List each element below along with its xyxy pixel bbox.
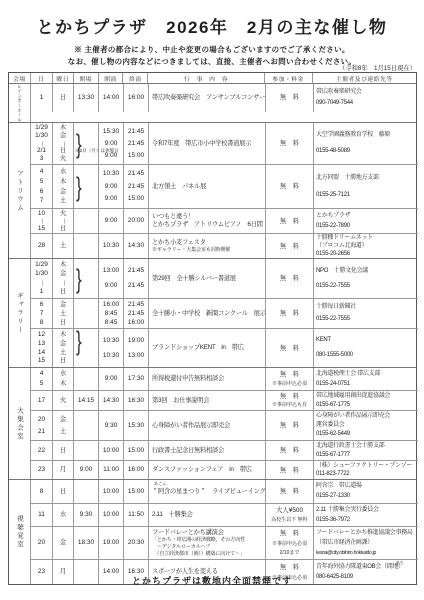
end-time-value: 21:45: [128, 268, 144, 275]
fee-cell: 無 料: [266, 480, 314, 503]
organizer-line: 大空学園義務教育学校 藤原: [316, 132, 390, 139]
weekday-value: 日: [60, 489, 67, 496]
end-time-value: 20:00: [128, 218, 144, 225]
doors-open-cell: [74, 411, 99, 440]
end-time-value: 15:00: [128, 196, 144, 203]
organizer-line: keizai@city.obihiro.hokkaido.jp: [316, 550, 376, 556]
weekday-cell: 木金土日: [53, 329, 74, 367]
weekday-cell: 金土日: [53, 299, 74, 328]
day-value: 2/1: [37, 148, 46, 155]
start-time-value: 14:30: [103, 398, 119, 405]
event-title-line: とかちプラザ アトリウムピアノ 6日間: [152, 221, 263, 230]
start-time-cell: 10:00: [99, 480, 124, 503]
organizer-cell: 心身障がい者作品展示即売会運営委員会0155-62-5449: [314, 411, 418, 440]
organizer-cell: NPO 十勝文化会議0155-22-7555: [314, 259, 418, 298]
organizer-line: 0155-22-7890: [316, 223, 350, 230]
weekday-value: 金: [60, 341, 67, 348]
venue-label: ギャラリー: [9, 259, 31, 367]
doors-open-value: 18:30: [78, 540, 94, 547]
start-time-value: 10:30: [103, 243, 119, 250]
end-time-value: 21:45: [128, 283, 144, 290]
day-value: ～: [38, 280, 44, 286]
event-cell: 北方領土 パネル展: [149, 165, 266, 208]
end-time-value: 16:00: [128, 320, 144, 327]
fee-cell: 無 料: [266, 299, 314, 328]
fee-value: 無 料: [280, 422, 299, 430]
organizer-line: とかちプラザ: [316, 213, 350, 220]
doors-open-cell: 9:30: [74, 504, 99, 526]
disclaimer-note-1: ※ 主催者の都合により、中止や変更の場合もございますのでご了承ください。: [0, 44, 424, 55]
end-time-value: 15:00: [128, 489, 144, 496]
weekday-cell: 火: [53, 391, 74, 410]
event-title-line: 令和7年度 帯広市小中学校書道展示: [152, 140, 251, 149]
organizer-line: 北海道行政書士会十勝支部: [316, 443, 384, 450]
start-time-value: 19:00: [103, 540, 119, 547]
fee-value: 大人¥500: [276, 507, 303, 515]
end-time-value: 21:45: [128, 129, 144, 136]
fee-value: 無 料: [280, 275, 299, 283]
section-rows: 8日10:0015:00＂阿含の星まつり＂ ライブビューイングあごん無 料阿含宗…: [31, 480, 418, 584]
doors-open-value: 14:15: [78, 398, 94, 405]
end-time-cell: 20:30: [124, 527, 149, 559]
day-value: 1: [40, 95, 44, 102]
day-value: 1/30: [35, 133, 48, 140]
organizer-line: 0155-62-5449: [316, 431, 350, 438]
column-header: 参加・料金: [265, 73, 313, 83]
table-header-row: 会場日曜日開場開演終演行 事 内 容参加・料金主催者及び連絡先等: [9, 73, 416, 84]
day-cell: 20: [31, 527, 53, 559]
venue-section: 視聴覚室8日10:0015:00＂阿含の星まつり＂ ライブビューイングあごん無 …: [9, 480, 416, 584]
day-value: 20: [38, 417, 45, 424]
section-rows: 1/291/30～1木金～日13:009:0021:4521:45}第29回 全…: [31, 259, 418, 367]
closed-day-note: ※2日（月）は休館日: [75, 148, 119, 154]
fee-value: ※事前申込も有: [272, 402, 307, 408]
event-row: 11水9:3010:0011:502.11 十勝集会大人¥500高校生以下 無料…: [31, 504, 418, 527]
event-cell: 所得税還付申告無料相談会: [149, 368, 266, 390]
doors-open-cell: 13:30: [74, 84, 99, 112]
event-title-line: 北方領土 パネル展: [152, 183, 206, 192]
event-row: 28土10:3014:30とかち小麦フェスタ※ギャラリー・大集会室も同時開催無 …: [31, 234, 418, 258]
start-time-value: 15:30: [103, 129, 119, 136]
section-rows: 45水木9:0017:30所得税還付申告無料相談会無 料※事前申込必須北海道税理…: [31, 368, 418, 479]
end-time-cell: 21:4521:4516:00: [124, 299, 149, 328]
fee-cell: 無 料: [266, 461, 314, 479]
event-title-line: 心身障がい者作品展示即売会: [152, 422, 230, 431]
organizer-line: 0155-67-1775: [316, 402, 350, 409]
no-smoking-notice: とかちプラザは敷地内全面禁煙です: [0, 574, 424, 587]
day-value: 1/29: [35, 262, 48, 269]
organizer-cell: 十勝種ドリームネット（プロコム北海道）0155-20-2656: [314, 234, 418, 258]
weekday-cell: 月: [53, 461, 74, 479]
end-time-cell: 19:0013:00: [124, 329, 149, 367]
day-value: 12: [38, 332, 45, 339]
fee-value: 無 料: [280, 564, 299, 572]
venue-section: 大集会室45水木9:0017:30所得税還付申告無料相談会無 料※事前申込必須北…: [9, 368, 416, 480]
day-cell: 8: [31, 480, 53, 503]
end-time-value: 15:00: [128, 153, 144, 160]
day-value: 17: [38, 398, 45, 405]
end-time-cell: 16:30: [124, 391, 149, 410]
fee-cell: 無 料※事前申込も有: [266, 391, 314, 410]
start-time-cell: 16:008:458:45: [99, 299, 124, 328]
organizer-line: フードバレーとかち推進協議会事務局: [316, 530, 413, 537]
weekday-cell: 日: [53, 441, 74, 460]
fee-cell: 無 料: [266, 259, 314, 298]
organizer-cell: KENT080-1555-5000: [314, 329, 418, 367]
event-cell: 心身障がい者作品展示即売会: [149, 411, 266, 440]
day-cell: 10～15: [31, 209, 53, 233]
start-time-value: 9:00: [105, 376, 118, 383]
fee-cell: 無 料: [266, 441, 314, 460]
furigana-label: まち: [396, 561, 404, 565]
organizer-cell: 阿含宗 帯広道場0155-27-1330: [314, 480, 418, 503]
furigana-label: あごん: [154, 482, 167, 486]
weekday-value: 木: [60, 179, 67, 186]
day-value: ～: [38, 218, 44, 224]
day-value: 22: [38, 448, 45, 455]
end-time-value: 21:45: [128, 184, 144, 191]
day-value: 13: [38, 341, 45, 348]
weekday-value: 日: [60, 448, 67, 455]
event-cell: とかち小麦フェスタ※ギャラリー・大集会室も同時開催: [149, 234, 266, 258]
day-value: 28: [38, 243, 45, 250]
end-time-cell: 17:30: [124, 368, 149, 390]
venue-label: 視聴覚室: [9, 480, 31, 584]
doors-open-cell: [74, 234, 99, 258]
day-cell: 28: [31, 234, 53, 258]
event-row: 22日10:0015:00行政書士記念日無料相談会無 料北海道行政書士会十勝支部…: [31, 441, 418, 461]
day-cell: 12131415: [31, 329, 53, 367]
event-title-line: ＂阿含の星まつり＂ ライブビューイング: [152, 488, 265, 497]
fee-cell: 無 料※事前申込必須2/10まで: [266, 527, 314, 559]
event-row: 4567水木金土10:309:009:0021:4521:4515:00}北方領…: [31, 165, 418, 209]
fee-value: 無 料: [280, 447, 299, 455]
organizer-line: 011-823-7722: [316, 471, 349, 478]
organizer-line: NPO 十勝文化会議: [316, 268, 368, 275]
fee-cell: 無 料: [266, 329, 314, 367]
venue-label: アトリウム: [9, 123, 31, 258]
weekday-value: 月: [60, 467, 67, 474]
start-time-cell: 10:30: [99, 234, 124, 258]
event-row: 20金18:3019:0020:30フードバレーとかち講演会「とかち・帯広圏の経…: [31, 527, 418, 560]
event-title-line: ※ギャラリー・大集会室も同時開催: [152, 247, 230, 254]
weekday-value: 金: [60, 189, 67, 196]
end-time-cell: 16:00: [124, 461, 149, 479]
fee-value: 2/10まで: [280, 550, 300, 556]
day-value: 7: [40, 311, 44, 318]
end-time-cell: 14:30: [124, 234, 149, 258]
fee-cell: 無 料: [266, 84, 314, 112]
end-time-value: 13:00: [128, 353, 144, 360]
organizer-line: 十勝種ドリームネット: [316, 235, 373, 242]
fee-value: 無 料: [280, 488, 299, 496]
organizer-line: 090-7049-7544: [316, 100, 353, 107]
day-value: 21: [38, 429, 45, 436]
day-value: 11: [38, 512, 45, 519]
day-value: 15: [38, 358, 45, 365]
event-row: 12131415木金土日10:3010:3019:0013:00}ブランドショッ…: [31, 329, 418, 367]
fee-cell: 無 料: [266, 123, 314, 164]
fee-value: 無 料: [280, 310, 299, 318]
organizer-line: 0155-20-2656: [316, 251, 350, 258]
fee-value: 無 料: [280, 345, 299, 353]
event-cell: フードバレーとかち講演会「とかち・帯広圏の経済戦略，その方向性 ～デジタルローカ…: [149, 527, 266, 559]
column-header: 終演: [123, 73, 148, 83]
end-time-cell: 11:50: [124, 504, 149, 526]
doors-open-cell: [74, 368, 99, 390]
start-time-value: 10:30: [103, 171, 119, 178]
start-time-value: 9:00: [105, 141, 118, 148]
venue-section: アトリウム1/291/30～2/13木金～日火15:309:009:0021:4…: [9, 123, 416, 259]
weekday-value: 火: [60, 398, 67, 405]
end-time-cell: 15:00: [124, 480, 149, 503]
end-time-value: 21:45: [128, 311, 144, 318]
day-value: 1: [40, 289, 44, 296]
section-rows: 1日13:3014:0016:00帯広吹奏楽研究会 アンサンブルコンサート無 料…: [31, 84, 418, 122]
day-cell: 1: [31, 84, 53, 112]
organizer-cell: 大空学園義務教育学校 藤原0155-48-5089: [314, 123, 418, 164]
weekday-cell: 金土: [53, 411, 74, 440]
column-header: 曜日: [53, 73, 74, 83]
organizer-line: 十勝毎日新聞社: [316, 304, 356, 311]
end-time-value: 16:00: [128, 95, 144, 102]
event-row: 17火14:1514:3016:30第3回 お仕事説明会無 料※事前申込も有帯広…: [31, 391, 418, 411]
start-time-cell: 10:00: [99, 441, 124, 460]
end-time-value: 21:45: [128, 171, 144, 178]
fee-cell: 無 料: [266, 165, 314, 208]
start-time-cell: 14:00: [99, 84, 124, 112]
event-cell: 第29回 全十勝シルバー書道展: [149, 259, 266, 298]
date-range-bracket-icon: }: [76, 265, 82, 292]
column-header: 開場: [74, 73, 99, 83]
start-time-value: 9:00: [105, 196, 118, 203]
start-time-value: 10:30: [103, 353, 119, 360]
end-time-cell: 15:30: [124, 411, 149, 440]
event-row: 10～15火～日9:0020:00いつもと違う！とかちプラザ アトリウムピアノ …: [31, 209, 418, 234]
end-time-value: 14:30: [128, 243, 144, 250]
day-cell: 4567: [31, 165, 53, 208]
organizer-cell: 十勝毎日新聞社0155-22-7555: [314, 299, 418, 328]
weekday-value: 火: [60, 211, 67, 218]
fee-cell: 無 料: [266, 411, 314, 440]
event-cell: ブランドショップKENT in 帯広: [149, 329, 266, 367]
fee-cell: 大人¥500高校生以下 無料: [266, 504, 314, 526]
organizer-line: 0155-36-7972: [316, 517, 350, 524]
start-time-value: 14:00: [103, 95, 119, 102]
weekday-cell: 土: [53, 234, 74, 258]
end-time-cell: 21:4521:4515:00: [124, 123, 149, 164]
organizer-cell: 帯広吹奏楽研究会090-7049-7544: [314, 84, 418, 112]
organizer-cell: フードバレーとかち推進協議会事務局（帯広市経済企画課）keizai@city.o…: [314, 527, 418, 559]
day-value: 8: [40, 320, 44, 327]
organizer-line: 0155-22-7555: [316, 316, 350, 323]
event-row: 1/291/30～1木金～日13:009:0021:4521:45}第29回 全…: [31, 259, 418, 299]
as-of-date: （令和8年 1月15日現在）: [339, 63, 416, 72]
fee-cell: 無 料: [266, 234, 314, 258]
weekday-cell: 水: [53, 504, 74, 526]
weekday-value: 日: [60, 358, 67, 365]
fee-value: 無 料: [280, 371, 299, 379]
organizer-line: KENT: [316, 337, 331, 344]
start-time-value: 16:00: [103, 302, 119, 309]
weekday-value: 日: [60, 226, 67, 233]
end-time-cell: 21:4521:45: [124, 259, 149, 298]
event-row: 678金土日16:008:458:4521:4521:4516:00全十勝小・中…: [31, 299, 418, 329]
end-time-value: 15:30: [128, 423, 144, 430]
event-title-line: 第3回 お仕事説明会: [152, 397, 209, 406]
start-time-cell: 9:30: [99, 411, 124, 440]
organizer-line: 080-1555-5000: [316, 352, 353, 359]
event-row: 45水木9:0017:30所得税還付申告無料相談会無 料※事前申込必須北海道税理…: [31, 368, 418, 391]
day-cell: 678: [31, 299, 53, 328]
event-title-line: ブランドショップKENT in 帯広: [152, 344, 244, 353]
organizer-line: 北方同盟 十勝地方支部: [316, 175, 379, 182]
venue-label: 大集会室: [9, 368, 31, 479]
event-row: 8日10:0015:00＂阿含の星まつり＂ ライブビューイングあごん無 料阿含宗…: [31, 480, 418, 504]
start-time-value: 9:00: [105, 283, 118, 290]
end-time-value: 16:00: [128, 467, 144, 474]
end-time-cell: 20:00: [124, 209, 149, 233]
weekday-value: 水: [60, 371, 67, 378]
doors-open-cell: [74, 209, 99, 233]
day-cell: 22: [31, 441, 53, 460]
end-time-value: 16:30: [128, 398, 144, 405]
weekday-value: 金: [60, 540, 67, 547]
day-value: 15: [38, 226, 45, 233]
start-time-value: 10:00: [103, 489, 119, 496]
weekday-value: 金: [60, 417, 67, 424]
day-cell: 2021: [31, 411, 53, 440]
weekday-value: 木: [60, 332, 67, 339]
start-time-cell: 15:309:009:00: [99, 123, 124, 164]
organizer-line: 青年海外協力隊道東OB会（間地）: [316, 564, 404, 571]
weekday-value: 土: [60, 311, 67, 318]
section-rows: 1/291/30～2/13木金～日火15:309:009:0021:4521:4…: [31, 123, 418, 258]
weekday-value: 土: [60, 243, 67, 250]
organizer-line: 0155-27-1330: [316, 493, 350, 500]
start-time-value: 9:00: [105, 218, 118, 225]
events-table: 会場日曜日開場開演終演行 事 内 容参加・料金主催者及び連絡先等レインボーホール…: [8, 72, 417, 585]
event-title-line: ダンスファッションフェア in 帯広: [152, 466, 252, 475]
day-value: 5: [40, 381, 44, 388]
end-time-value: 15:00: [128, 448, 144, 455]
start-time-cell: 9:00: [99, 209, 124, 233]
weekday-cell: 金: [53, 527, 74, 559]
day-value: 4: [40, 371, 44, 378]
weekday-value: 金: [60, 133, 67, 140]
start-time-cell: 10:309:009:00: [99, 165, 124, 208]
weekday-value: ～: [60, 218, 66, 224]
weekday-cell: 木金～日火: [53, 123, 74, 164]
weekday-value: 木: [60, 125, 67, 132]
organizer-line: 帯広吹奏楽研究会: [316, 89, 362, 96]
date-range-bracket-icon: }: [76, 327, 82, 354]
organizer-line: 北海道税理士会 帯広支部: [316, 371, 380, 378]
doors-open-cell: 18:30: [74, 527, 99, 559]
end-time-value: 17:30: [128, 376, 144, 383]
start-time-value: 11:00: [103, 467, 119, 474]
event-cell: 2.11 十勝集会: [149, 504, 266, 526]
event-cell: 行政書士記念日無料相談会: [149, 441, 266, 460]
weekday-cell: 日: [53, 480, 74, 503]
weekday-value: 日: [60, 95, 67, 102]
organizer-line: 0155-25-7121: [316, 192, 350, 199]
start-time-cell: 9:00: [99, 368, 124, 390]
weekday-cell: 水木: [53, 368, 74, 390]
day-value: 1/29: [35, 125, 48, 132]
fee-value: 無 料: [280, 183, 299, 191]
end-time-value: 19:00: [128, 338, 144, 345]
organizer-cell: 北海道税理士会 帯広支部0155-24-0751: [314, 368, 418, 390]
start-time-value: 10:30: [103, 338, 119, 345]
organizer-line: 運営委員会: [316, 422, 345, 429]
event-cell: 令和7年度 帯広市小中学校書道展示: [149, 123, 266, 164]
weekday-value: 土: [60, 198, 67, 205]
doors-open-value: 9:00: [80, 467, 93, 474]
organizer-line: 0155-22-7555: [316, 283, 350, 290]
event-title-line: 2.11 十勝集会: [152, 511, 193, 520]
column-header: 主催者及び連絡先等: [313, 73, 416, 83]
weekday-value: 日: [60, 320, 67, 327]
end-time-cell: 16:00: [124, 84, 149, 112]
event-schedule-sheet: とかちプラザ 2026年 2月の主な催し物 ※ 主催者の都合により、中止や変更の…: [0, 0, 424, 600]
end-time-cell: 15:00: [124, 441, 149, 460]
fee-value: 高校生以下 無料: [271, 517, 307, 523]
start-time-value: 9:30: [105, 423, 118, 430]
venue-label: レインボーホール: [9, 84, 31, 122]
start-time-cell: 11:00: [99, 461, 124, 479]
end-time-value: 20:30: [128, 540, 144, 547]
venue-section: レインボーホール1日13:3014:0016:00帯広吹奏楽研究会 アンサンブル…: [9, 84, 416, 123]
column-header: 日: [31, 73, 53, 83]
day-value: 1/30: [35, 271, 48, 278]
weekday-value: ～: [60, 280, 66, 286]
event-row: 1日13:3014:0016:00帯広吹奏楽研究会 アンサンブルコンサート無 料…: [31, 84, 418, 112]
column-header: 行 事 内 容: [148, 73, 264, 83]
organizer-cell: とかちプラザ0155-22-7890: [314, 209, 418, 233]
fee-value: 無 料: [280, 467, 299, 475]
date-range-bracket-icon: }: [76, 173, 82, 200]
event-cell: ＂阿含の星まつり＂ ライブビューイングあごん: [149, 480, 266, 503]
weekday-value: 火: [60, 156, 67, 163]
fee-value: 無 料: [280, 94, 299, 102]
event-cell: 帯広吹奏楽研究会 アンサンブルコンサート: [149, 84, 266, 112]
event-row: 23月9:0011:0016:00ダンスファッションフェア in 帯広無 料（株…: [31, 461, 418, 479]
weekday-value: 土: [60, 350, 67, 357]
organizer-line: 0155-48-5089: [316, 148, 350, 155]
weekday-cell: 日: [53, 84, 74, 112]
weekday-cell: 水木金土: [53, 165, 74, 208]
weekday-value: 金: [60, 271, 67, 278]
organizer-line: 帯広地域雇用創出促進協議会: [316, 393, 390, 400]
organizer-line: 心身障がい者作品展示即売会: [316, 413, 390, 420]
day-cell: 23: [31, 461, 53, 479]
day-cell: 45: [31, 368, 53, 390]
weekday-value: 木: [60, 262, 67, 269]
organizer-cell: 北方同盟 十勝地方支部0155-25-7121: [314, 165, 418, 208]
fee-cell: 無 料※事前申込必須: [266, 368, 314, 390]
start-time-cell: 10:00: [99, 504, 124, 526]
day-cell: 17: [31, 391, 53, 410]
start-time-value: 10:00: [103, 512, 119, 519]
column-header: 会場: [9, 73, 31, 83]
event-row: 2021金土9:3015:30心身障がい者作品展示即売会無 料心身障がい者作品展…: [31, 411, 418, 441]
day-cell: 1/291/30～2/13: [31, 123, 53, 164]
fee-value: ※事前申込必須: [272, 381, 307, 387]
fee-value: 無 料: [280, 218, 299, 226]
weekday-value: 土: [60, 429, 67, 436]
venue-section: ギャラリー1/291/30～1木金～日13:009:0021:4521:45}第…: [9, 259, 416, 368]
